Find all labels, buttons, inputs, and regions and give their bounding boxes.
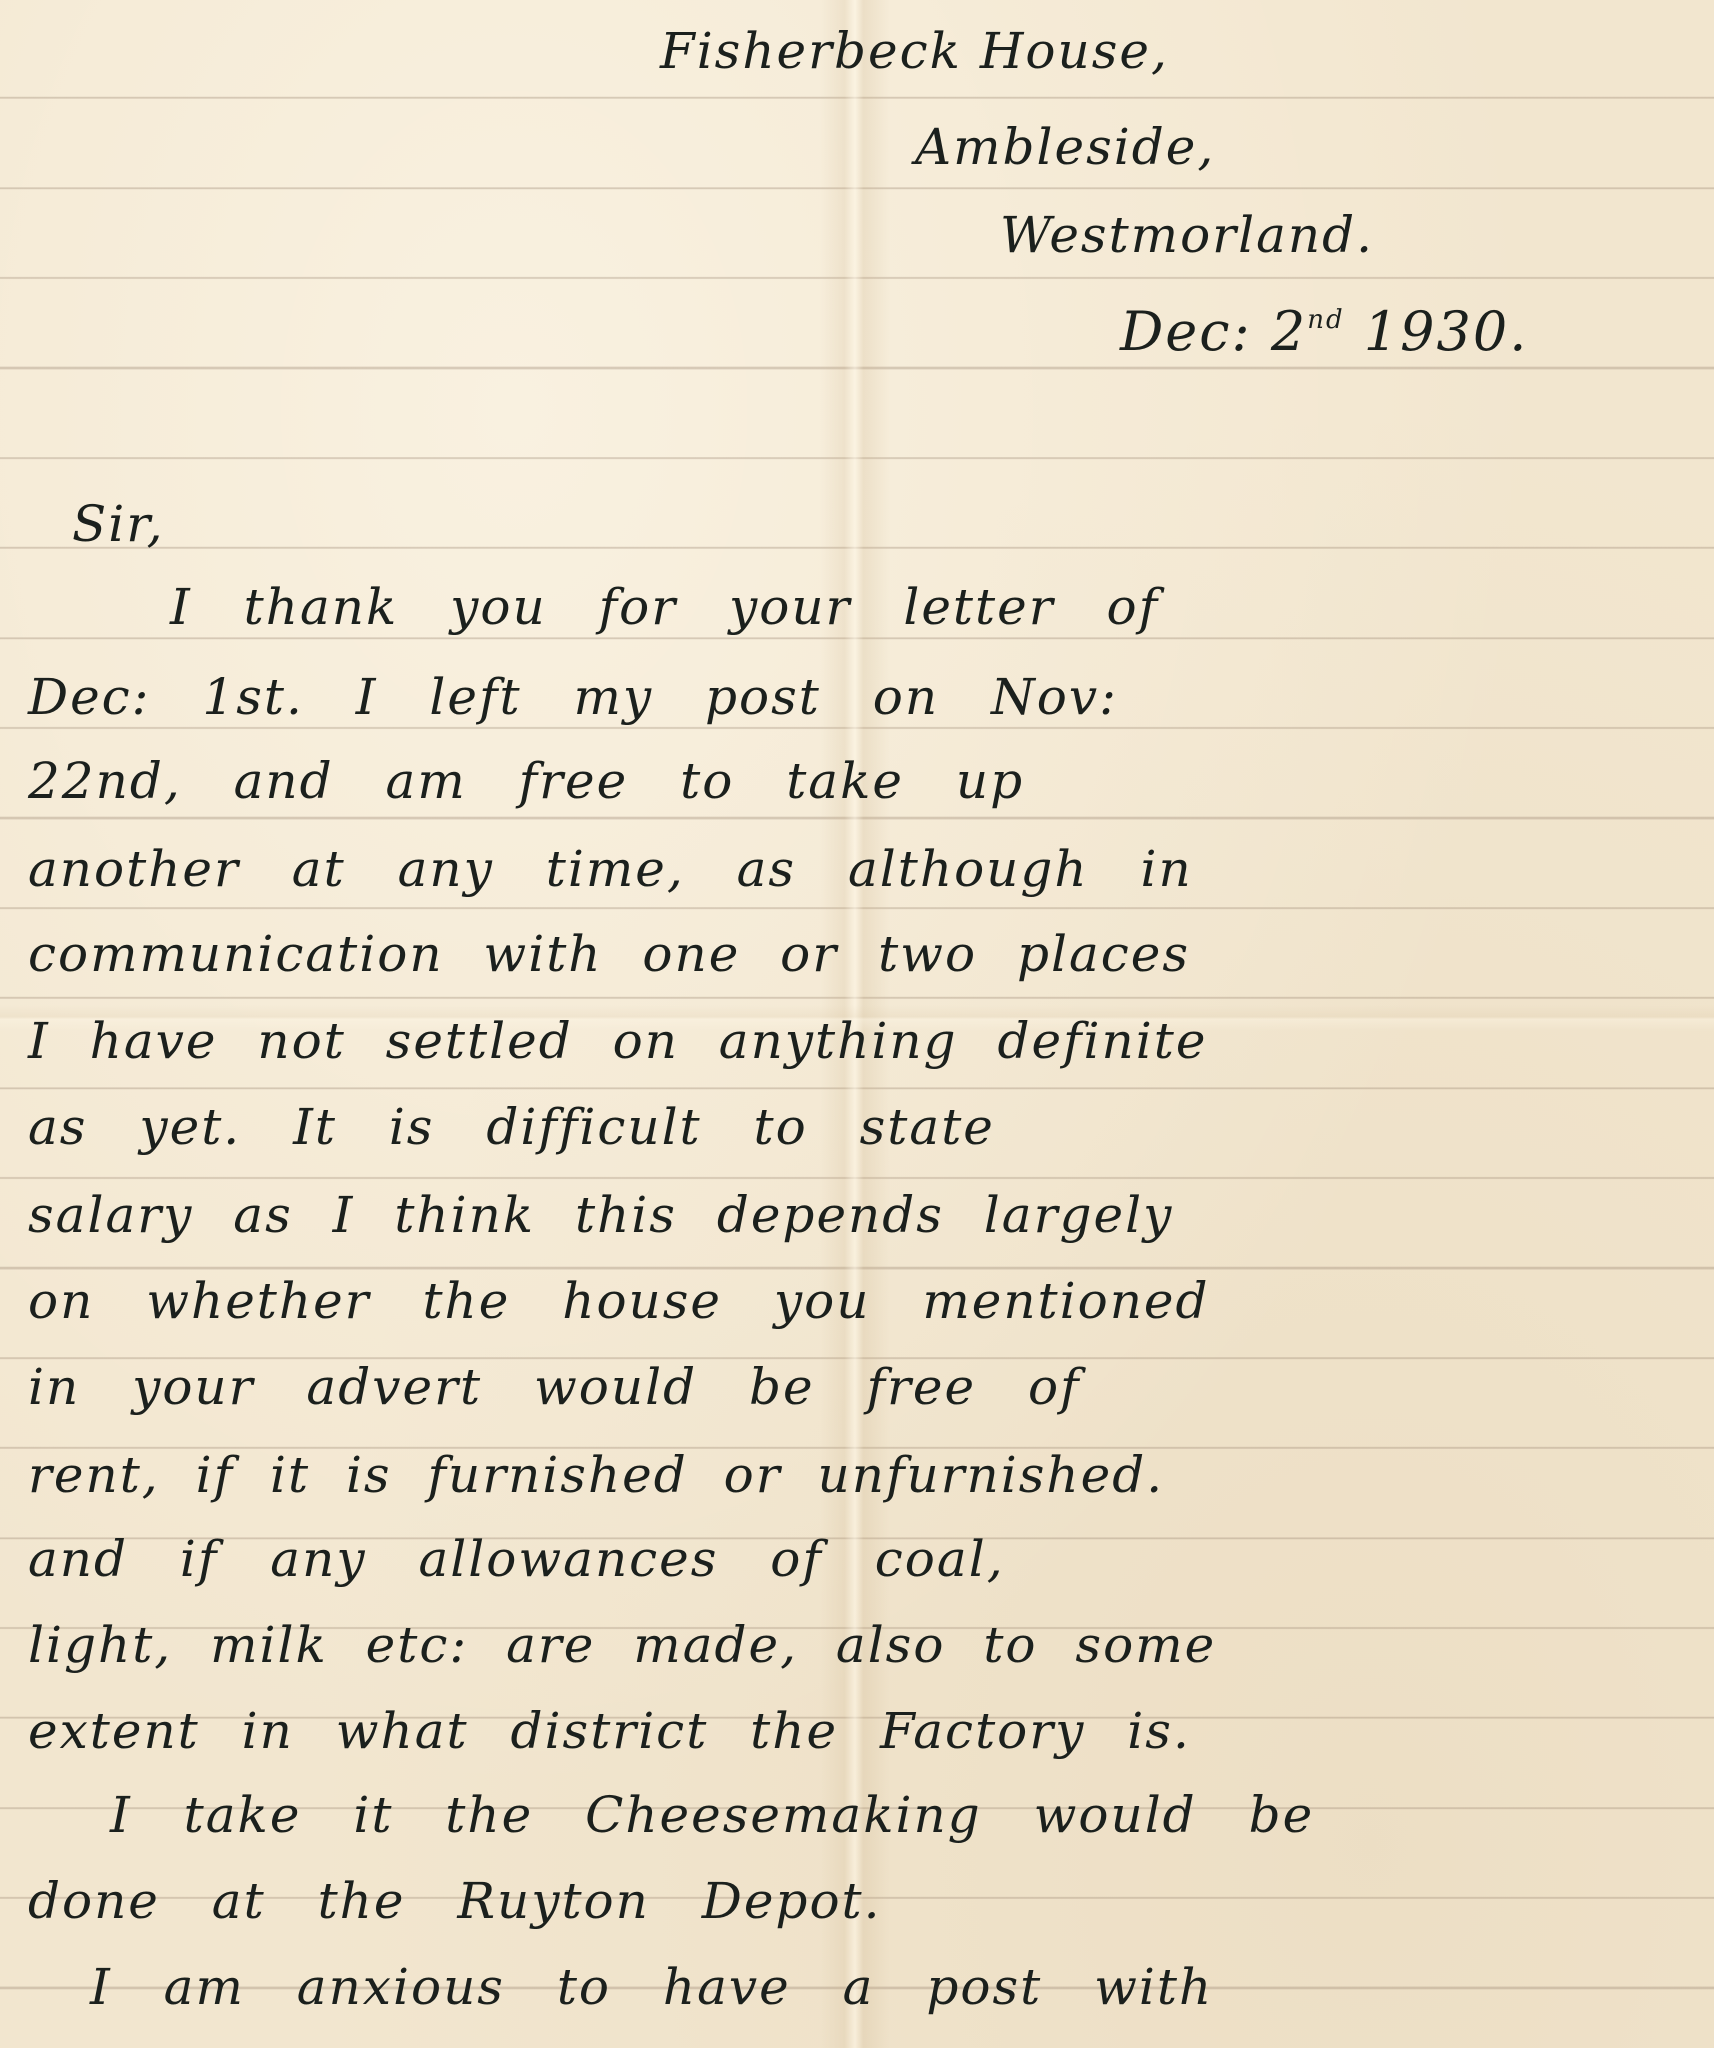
date-day: Dec: 2 xyxy=(1120,300,1307,363)
body-line-7: as yet. It is difficult to state xyxy=(28,1098,995,1156)
body-line-2: Dec: 1st. I left my post on Nov: xyxy=(28,668,1118,726)
body-line-1: I thank you for your letter of xyxy=(170,578,1159,636)
body-line-13: light, milk etc: are made, also to some xyxy=(28,1616,1216,1674)
salutation: Sir, xyxy=(72,495,165,553)
body-line-10: in your advert would be free of xyxy=(28,1358,1081,1416)
address-line-2: Ambleside, xyxy=(915,118,1215,176)
body-line-14: extent in what district the Factory is. xyxy=(28,1702,1191,1760)
body-line-3: 22nd, and am free to take up xyxy=(28,752,1024,810)
address-line-1: Fisherbeck House, xyxy=(660,22,1169,80)
body-line-16: done at the Ruyton Depot. xyxy=(28,1872,882,1930)
body-line-15: I take it the Cheesemaking would be xyxy=(110,1786,1314,1844)
body-line-6: I have not settled on anything definite xyxy=(28,1012,1207,1070)
body-line-12: and if any allowances of coal, xyxy=(28,1530,1005,1588)
body-line-9: on whether the house you mentioned xyxy=(28,1272,1210,1330)
letter-date: Dec: 2nd 1930. xyxy=(1120,300,1528,363)
body-line-8: salary as I think this depends largely xyxy=(28,1186,1173,1244)
body-line-11: rent, if it is furnished or unfurnished. xyxy=(28,1446,1164,1504)
body-line-5: communication with one or two places xyxy=(28,925,1190,983)
address-line-3: Westmorland. xyxy=(1000,206,1374,264)
letter-page: Fisherbeck House, Ambleside, Westmorland… xyxy=(0,0,1714,2048)
body-line-17: I am anxious to have a post with xyxy=(90,1958,1213,2016)
body-line-4: another at any time, as although in xyxy=(28,840,1193,898)
date-year: 1930. xyxy=(1364,300,1529,363)
date-ordinal: nd xyxy=(1307,305,1344,335)
